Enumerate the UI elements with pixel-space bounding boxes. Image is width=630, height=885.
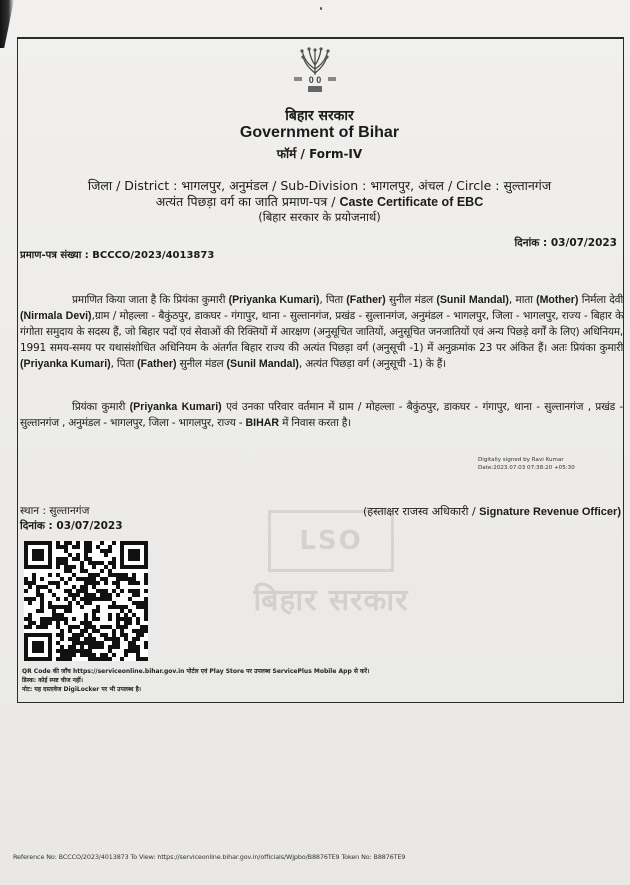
signature-label-english: Signature Revenue Officer) [479, 506, 621, 518]
form-label: फॉर्म / Form-IV [17, 145, 622, 162]
subdivision-value: भागलपुर, [370, 178, 414, 193]
watermark-text: बिहार सरकार [226, 578, 436, 619]
place-label: स्थान : [20, 505, 46, 517]
digital-signature-signer: Digitally signed by Ravi Kumar [478, 457, 575, 465]
certificate-page: 0 0 बिहार सरकार Government of Bihar फॉर्… [0, 0, 630, 885]
residence-paragraph: प्रियंका कुमारी (Priyanka Kumari) एवं उन… [20, 399, 623, 431]
qr-note-line-2: डिस्क: कोई स्पष्ट चीज नहीं। [22, 676, 369, 685]
digital-signature-date: Date:2023.07.03 07:38:20 +05:30 [478, 465, 575, 473]
location-line: जिला / District : भागलपुर, अनुमंडल / Sub… [17, 177, 622, 194]
qr-code[interactable] [24, 541, 148, 661]
watermark: LSO बिहार सरकार [226, 510, 436, 620]
certificate-title: अत्यंत पिछड़ा वर्ग का जाति प्रमाण-पत्र /… [17, 193, 622, 210]
watermark-logo: LSO [268, 510, 394, 572]
certification-paragraph: प्रमाणित किया जाता है कि प्रियंका कुमारी… [20, 292, 623, 372]
circle-value: सुल्तानगंज [503, 178, 551, 193]
certificate-title-english: Caste Certificate of EBC [339, 195, 483, 209]
paper-speck [320, 7, 322, 10]
certificate-number-value: BCCCO/2023/4013873 [92, 250, 214, 261]
circle-label: अंचल / Circle : [418, 178, 499, 193]
government-title: Government of Bihar [17, 124, 622, 142]
qr-note-line-3: नोट: यह दस्तावेज DigiLocker पर भी उपलब्ध… [22, 685, 369, 694]
photo-edge-shadow [0, 0, 14, 48]
date-value: 03/07/2023 [551, 237, 617, 249]
bihar-emblem-icon: 0 0 [288, 45, 342, 95]
svg-text:0 0: 0 0 [309, 75, 322, 85]
issue-date-label: दिनांक : [20, 520, 53, 532]
issue-date-value: 03/07/2023 [56, 520, 122, 532]
digital-signature-stamp: Digitally signed by Ravi Kumar Date:2023… [478, 457, 575, 472]
certificate-number: प्रमाण-पत्र संख्या : BCCCO/2023/4013873 [20, 247, 214, 261]
issue-place: स्थान : सुल्तानगंज [20, 504, 89, 518]
district-label: जिला / District : [88, 178, 177, 193]
government-title-hindi: बिहार सरकार [17, 106, 622, 125]
certificate-title-hindi: अत्यंत पिछड़ा वर्ग का जाति प्रमाण-पत्र / [156, 194, 336, 209]
district-value: भागलपुर, [181, 178, 225, 193]
reference-footer: Reference No: BCCCO/2023/4013873 To View… [13, 853, 405, 861]
issue-date-bottom: दिनांक : 03/07/2023 [20, 519, 123, 533]
qr-verification-notes: QR Code की जाँच https://serviceonline.bi… [22, 667, 369, 694]
date-label: दिनांक : [514, 237, 547, 249]
qr-note-line-1: QR Code की जाँच https://serviceonline.bi… [22, 667, 369, 676]
certificate-purpose: (बिहार सरकार के प्रयोजनार्थ) [17, 210, 622, 225]
issue-date-top: दिनांक : 03/07/2023 [514, 236, 617, 250]
certificate-number-label: प्रमाण-पत्र संख्या : [20, 250, 89, 261]
place-value: सुल्तानगंज [49, 505, 89, 517]
subdivision-label: अनुमंडल / Sub-Division : [229, 178, 366, 193]
